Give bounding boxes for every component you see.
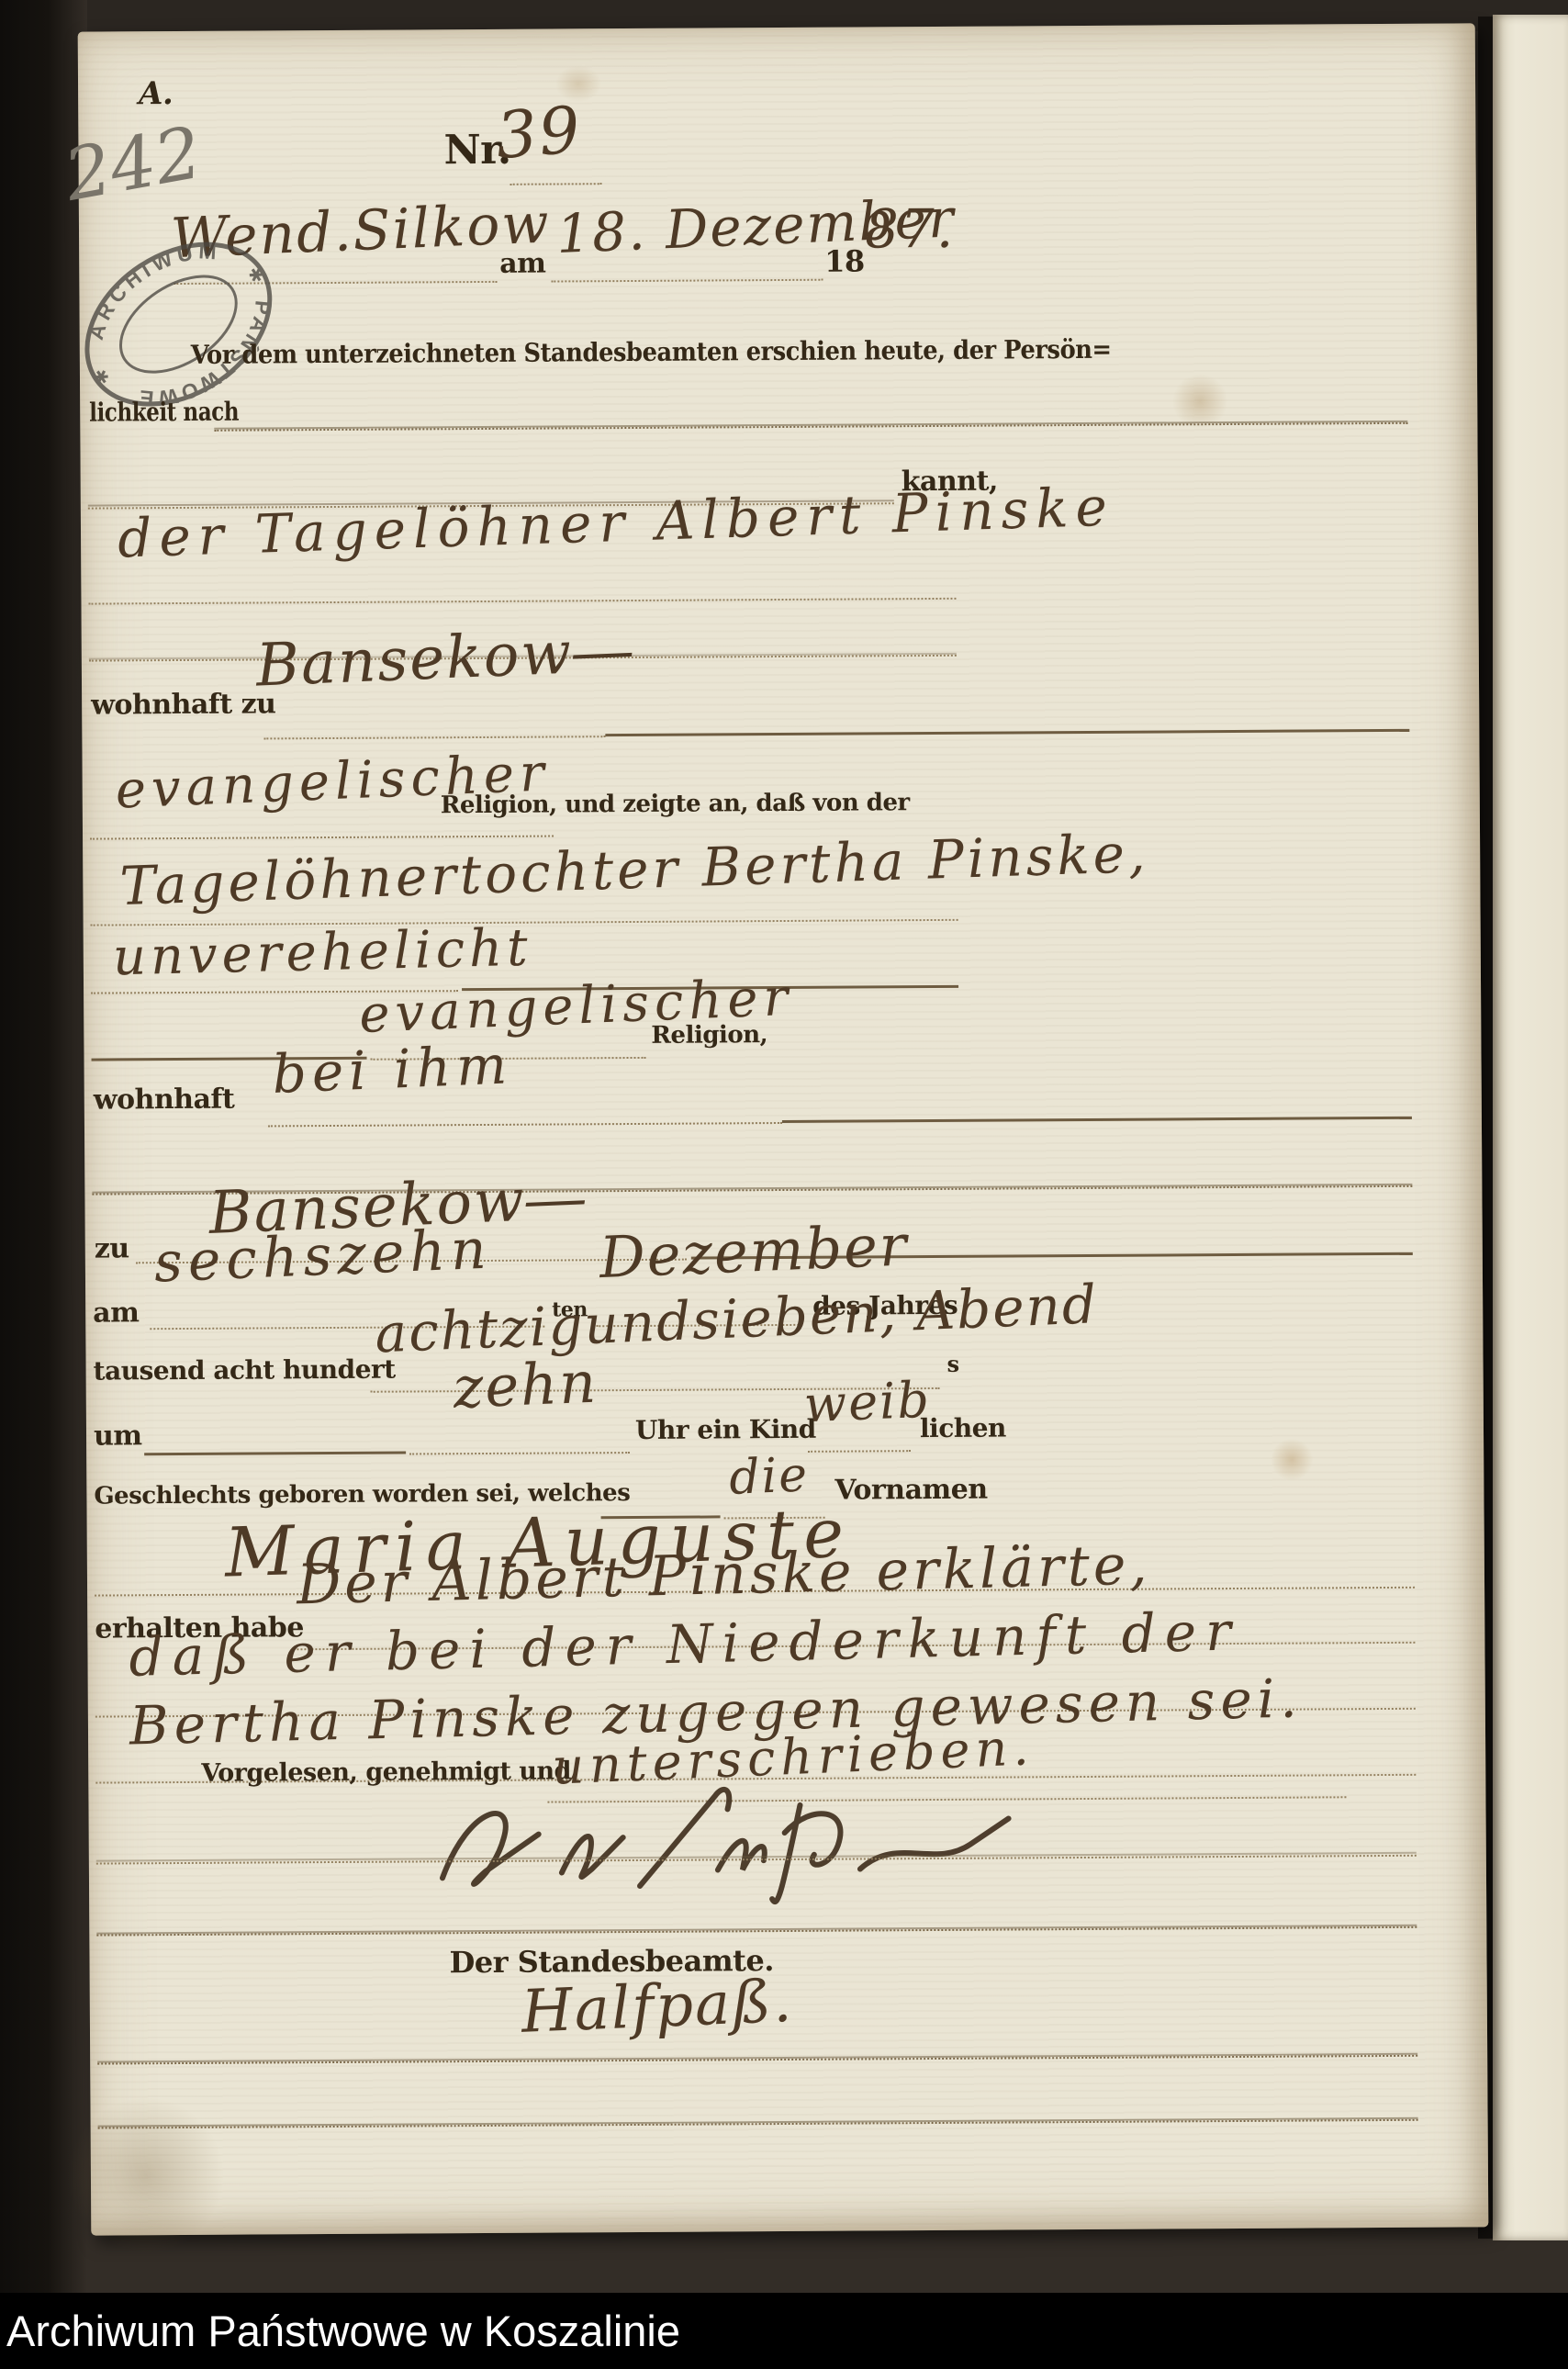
year-printed-prefix: 18: [824, 243, 865, 278]
religion-anzeige-label: Religion, und zeigte an, daß von der: [441, 789, 910, 819]
declarant-signature-scrawl: [391, 1778, 1053, 1919]
wohnhaft-zu-label: wohnhaft zu: [91, 688, 275, 721]
year-written-value: 87.: [865, 197, 956, 261]
stamp-star-left: ✱: [90, 365, 114, 391]
paper-stain: [1271, 1438, 1313, 1480]
ruled-line: [97, 2055, 1417, 2065]
zu-label: zu: [95, 1232, 129, 1264]
archival-pencil-number: 242: [59, 112, 208, 218]
religion2-label: Religion,: [651, 1021, 767, 1050]
birth-hour-value: zehn: [452, 1349, 599, 1421]
ruled-line: [605, 729, 1409, 736]
ruled-line: [263, 735, 605, 739]
intro-text-line2: lichkeit nach: [89, 396, 272, 427]
ruled-line: [551, 279, 823, 283]
svg-text:ARCHIWUM: ARCHIWUM: [65, 216, 233, 351]
vornamen-label: Vornamen: [834, 1474, 987, 1507]
document-page: A. 242 Nr. 39 Wend.Silkow am 18. Dezembe…: [78, 23, 1489, 2235]
mother-residence-value: bei ihm: [271, 1033, 513, 1106]
intro-text-line1: Vor dem unterzeichneten Standesbeamten e…: [191, 333, 1192, 370]
ruled-line: [90, 836, 554, 840]
lichen-label: lichen: [920, 1413, 1006, 1444]
ruled-line: [510, 183, 602, 185]
paper-stain: [67, 2097, 224, 2254]
ruled-line: [98, 2119, 1418, 2129]
archive-footer-bar: Archiwum Państwowe w Koszalinie: [0, 2293, 1568, 2369]
birth-year-words-value: achtzigundsieben, Abend: [374, 1273, 1099, 1364]
tausend-label: tausend acht hundert: [93, 1354, 395, 1387]
stamp-top-text: ARCHIWUM: [65, 216, 233, 351]
am-label: am: [499, 248, 545, 280]
mother-status-value: unverehelicht: [112, 918, 532, 988]
registrar-signature-value: Halfpaß.: [520, 1968, 794, 2047]
ruled-line: [144, 1452, 406, 1456]
declarant-entry: der Tagelöhner Albert Pinske: [117, 476, 1115, 570]
form-corner-letter: A.: [139, 75, 173, 112]
uhr-ein-kind-label: Uhr ein Kind: [635, 1414, 816, 1445]
declarant-residence-value: Bansekow―: [255, 617, 635, 701]
ruled-line: [88, 598, 956, 605]
wohnhaft-label: wohnhaft: [94, 1083, 235, 1117]
ruled-line: [409, 1452, 630, 1454]
um-label: um: [94, 1420, 142, 1452]
am2-label: am: [93, 1297, 139, 1329]
archive-scan: A. 242 Nr. 39 Wend.Silkow am 18. Dezembe…: [0, 0, 1568, 2369]
s-suffix-label: s: [946, 1351, 958, 1377]
stamp-star-right: ✱: [245, 264, 269, 289]
ruled-line: [808, 1450, 911, 1453]
next-page-edge: [1493, 15, 1568, 2240]
ruled-line: [782, 1117, 1412, 1123]
gender-value: weib: [803, 1371, 932, 1434]
birth-month-value: Dezember: [598, 1211, 909, 1291]
birth-day-value: sechszehn: [153, 1218, 493, 1296]
archive-name-label: Archiwum Państwowe w Koszalinie: [0, 2306, 680, 2356]
ruled-line: [96, 1926, 1417, 1937]
ruled-line: [268, 1122, 782, 1127]
paper-stain: [1172, 374, 1227, 429]
record-number-value: 39: [493, 92, 584, 174]
ruled-line: [214, 422, 1407, 432]
